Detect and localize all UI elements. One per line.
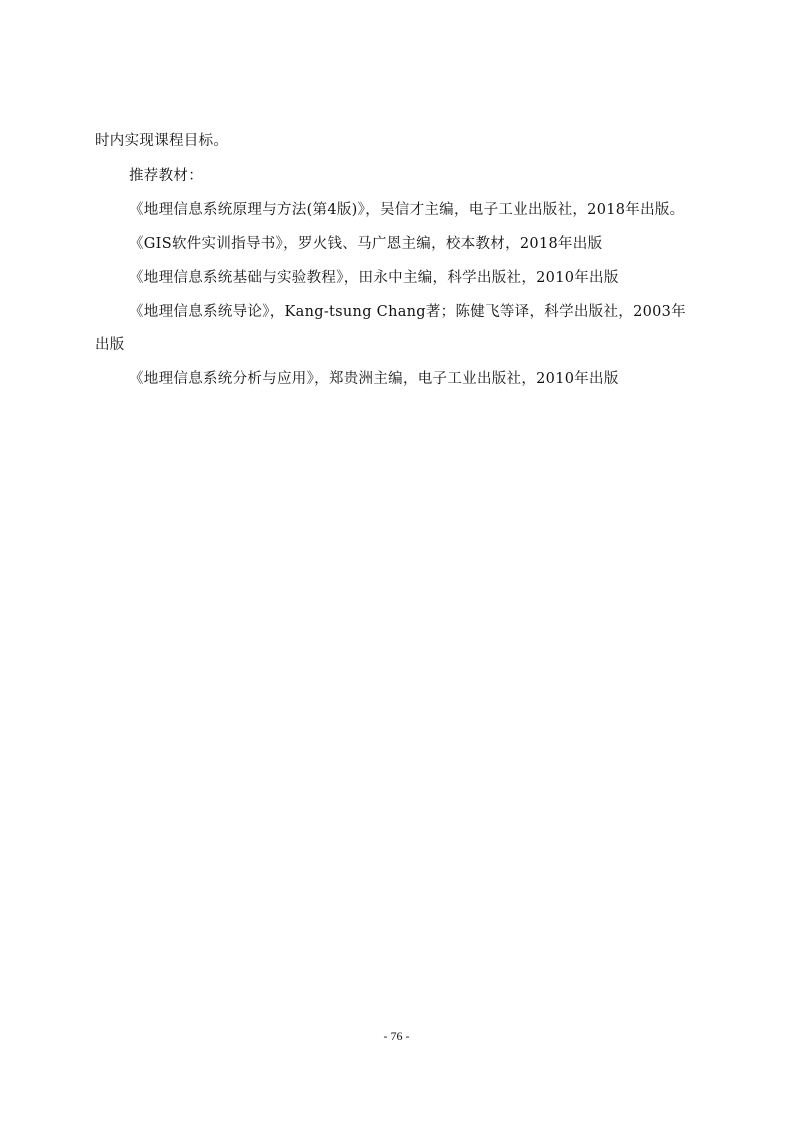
continuation-text: 时内实现课程目标。 [95,131,228,151]
reference-item: 《地理信息系统分析与应用》，郑贵洲主编，电子工业出版社，2010年出版 [129,369,619,389]
reference-item: 《地理信息系统原理与方法(第4版)》，吴信才主编，电子工业出版社，2018年出版… [129,200,685,220]
reference-item: 《地理信息系统导论》，Kang-tsung Chang著；陈健飞等译，科学出版社… [129,302,686,322]
page-number: - 76 - [0,1029,793,1043]
reference-item: 《地理信息系统基础与实验教程》，田永中主编，科学出版社，2010年出版 [129,268,619,288]
recommended-textbooks-label: 推荐教材： [129,166,203,186]
document-page: 时内实现课程目标。 推荐教材： 《地理信息系统原理与方法(第4版)》，吴信才主编… [0,0,793,1122]
reference-item: 《GIS软件实训指导书》，罗火钱、马广恩主编，校本教材，2018年出版 [129,234,602,254]
reference-item-continuation: 出版 [95,335,125,355]
